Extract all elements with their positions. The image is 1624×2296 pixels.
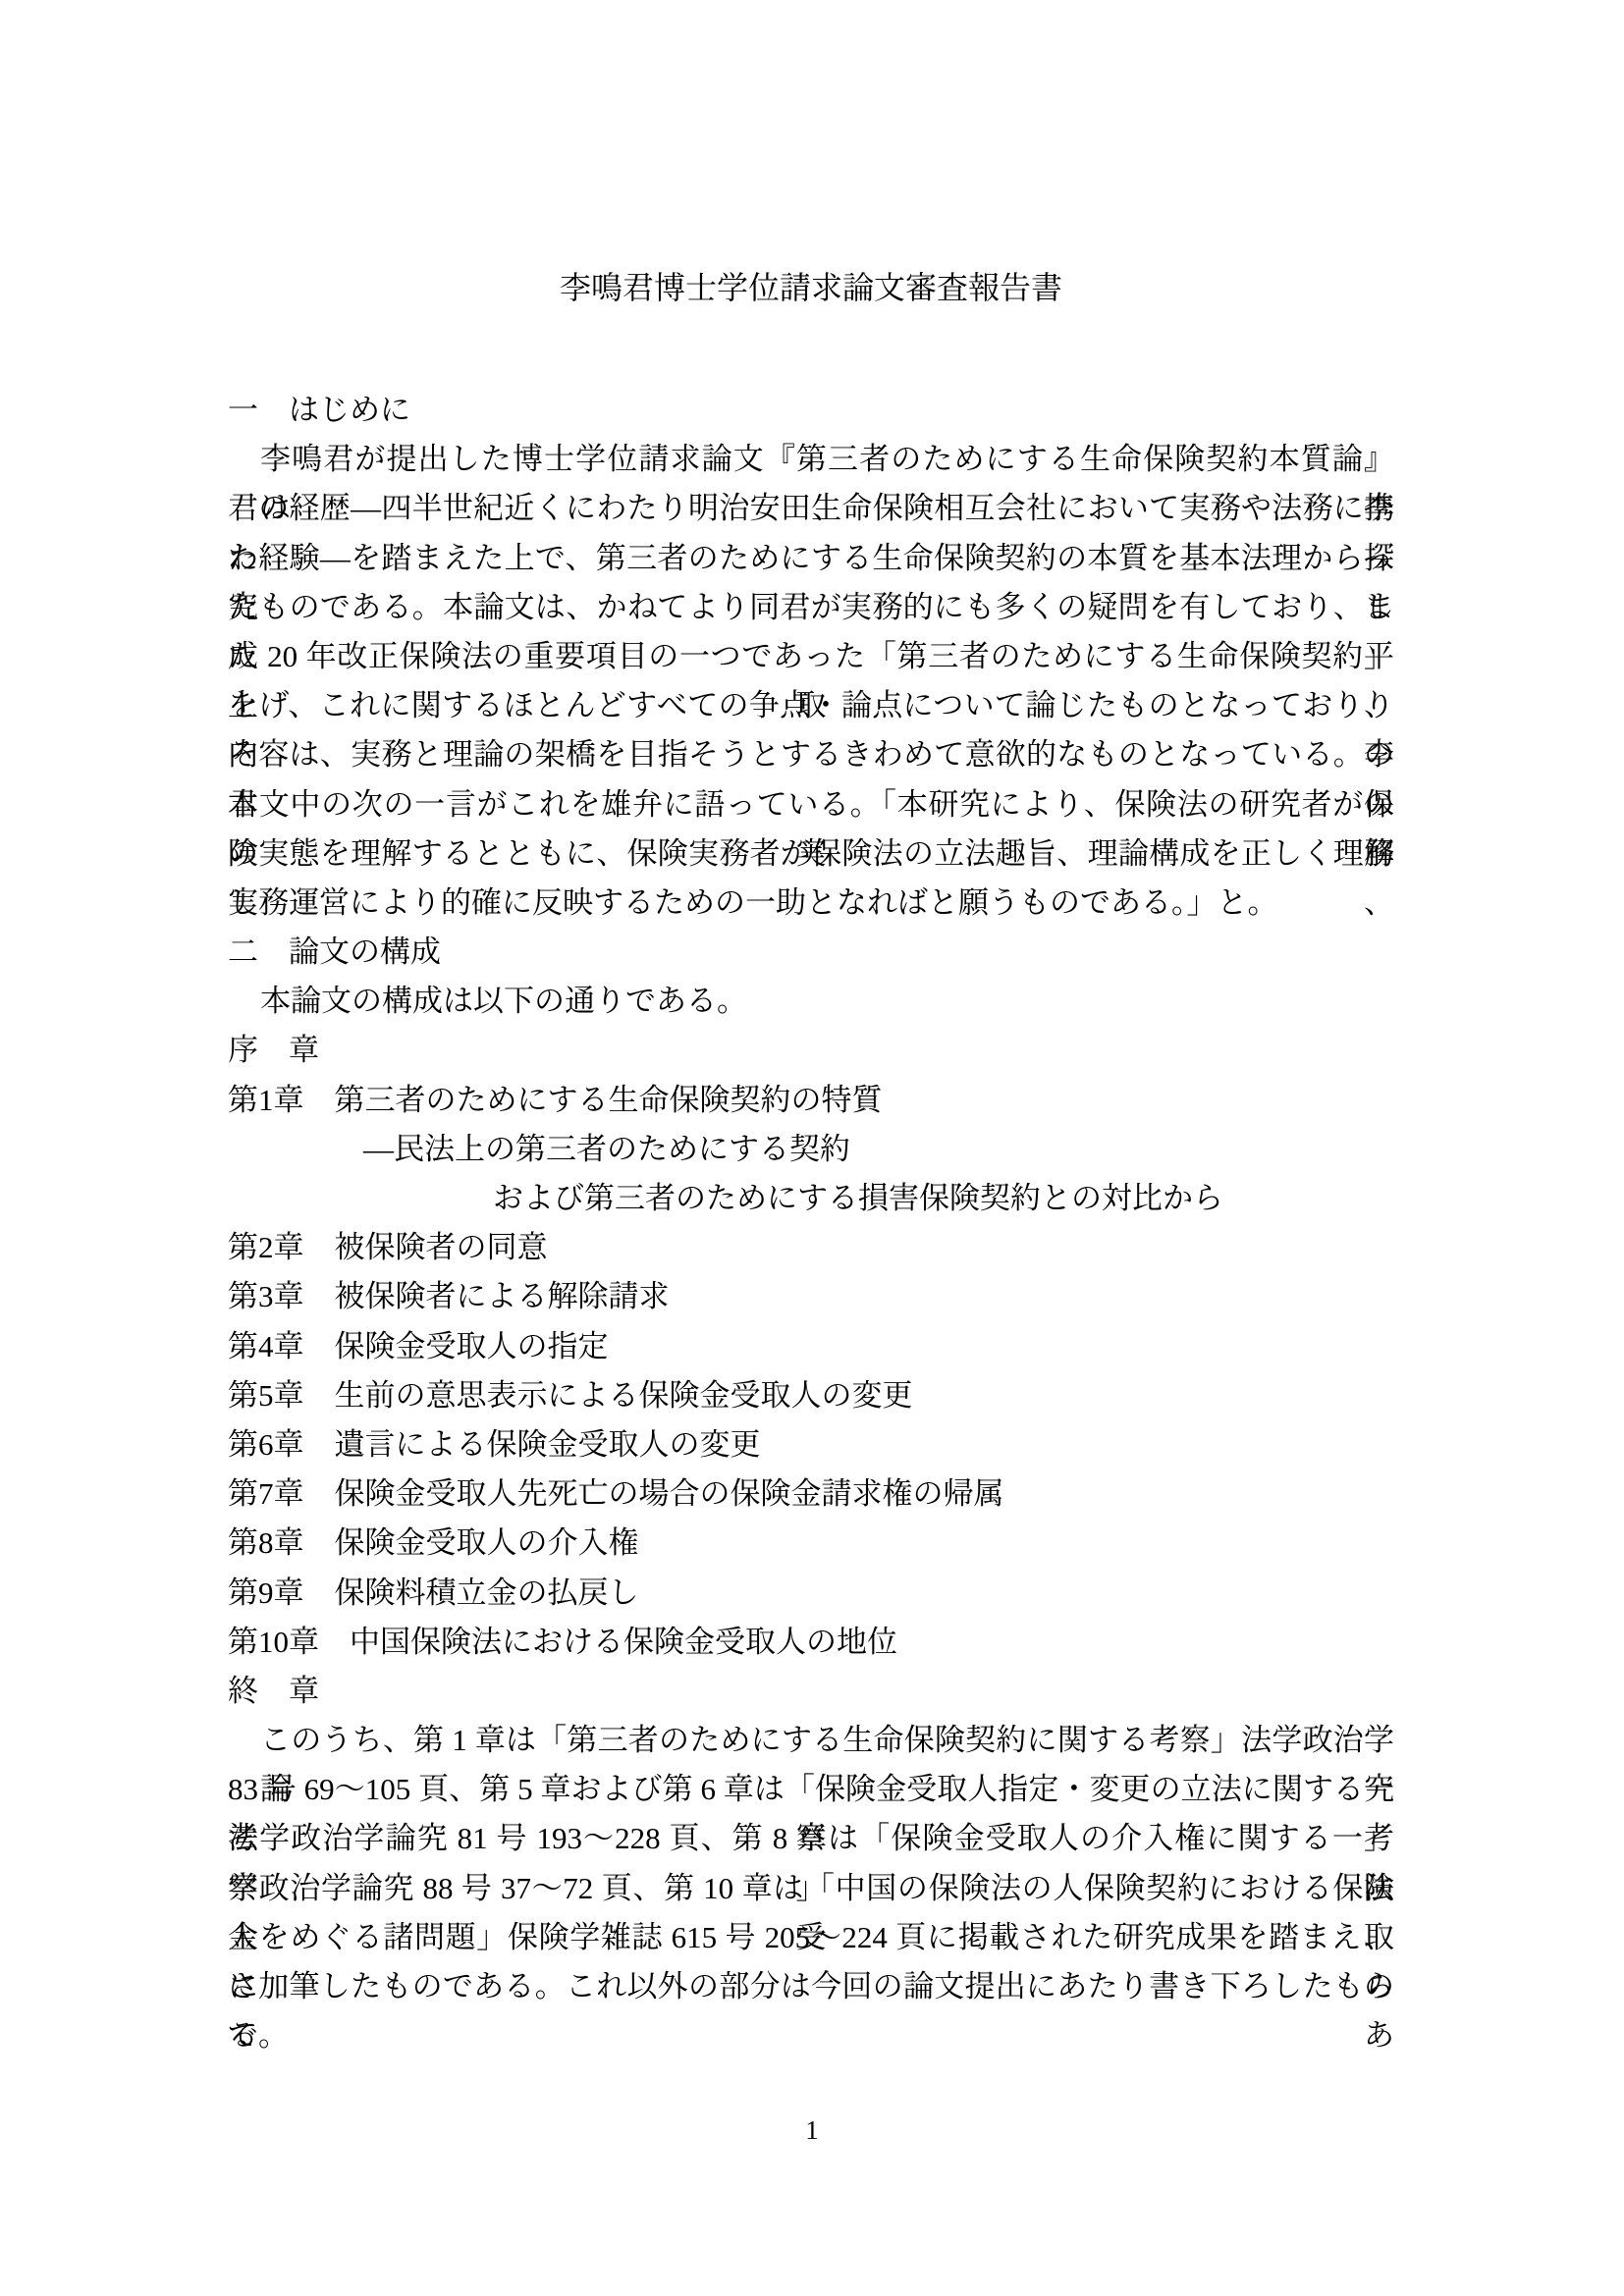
body-text-line: たものである。本論文は、かねてより同君が実務的にも多くの疑問を有しており、また平	[228, 583, 1394, 632]
body-text-line: 法学政治学論究 81 号 193～228 頁、第 8 章は「保険金受取人の介入権…	[228, 1814, 1394, 1863]
body-text-line: このうち、第 1 章は「第三者のためにする生命保険契約に関する考察」法学政治学論…	[228, 1716, 1394, 1765]
title-spacer	[228, 312, 1394, 386]
document-title-text: 李鳴君博士学位請求論文審査報告書	[560, 270, 1062, 305]
toc-line-chapter: 第3章 被保険者による解除請求	[228, 1272, 1394, 1321]
body-text-line: 李鳴君が提出した博士学位請求論文『第三者のためにする生命保険契約本質論』は、李	[228, 435, 1394, 484]
body-text-line: 学政治学論究 88 号 37～72 頁、第 10 章は「中国の保険法の人保険契約…	[228, 1864, 1394, 1913]
toc-line-chapter: 第1章 第三者のためにする生命保険契約の特質	[228, 1076, 1394, 1125]
toc-line-subtitle: ―民法上の第三者のためにする契約	[228, 1125, 1394, 1174]
toc-line-chapter: 第9章 保険料積立金の払戻し	[228, 1569, 1394, 1618]
body-text-line: に加筆したものである。これ以外の部分は今回の論文提出にあたり書き下ろしたものであ	[228, 1962, 1394, 2011]
body-text-line: 人をめぐる諸問題」保険学雑誌 615 号 205～224 頁に掲載された研究成果…	[228, 1913, 1394, 1962]
body-text-line: 成 20 年改正保険法の重要項目の一つであった「第三者のためにする生命保険契約」…	[228, 632, 1394, 681]
toc-line-subtitle: および第三者のためにする損害保険契約との対比から	[228, 1174, 1394, 1223]
toc-line-chapter: 第7章 保険金受取人先死亡の場合の保険金請求権の帰属	[228, 1469, 1394, 1519]
body-text-line: 上げ、これに関するほとんどすべての争点・論点について論じたものとなっており、その	[228, 681, 1394, 730]
body-text-line: 実務運営により的確に反映するための一助となればと願うものである。」と。	[228, 879, 1394, 928]
toc-line-chapter: 第10章 中国保険法における保険金受取人の地位	[228, 1618, 1394, 1667]
toc-line-chapter: 第8章 保険金受取人の介入権	[228, 1519, 1394, 1568]
body-text-line: た経験―を踏まえた上で、第三者のためにする生命保険契約の本質を基本法理から探究し	[228, 534, 1394, 583]
body-text-line: の実態を理解するとともに、保険実務者が保険法の立法趣旨、理論構成を正しく理解し、	[228, 829, 1394, 879]
document-title: 李鳴君博士学位請求論文審査報告書	[228, 263, 1394, 312]
toc-line-chapter: 第6章 遺言による保険金受取人の変更	[228, 1420, 1394, 1469]
document-content: 李鳴君博士学位請求論文審査報告書 一 はじめに 李鳴君が提出した博士学位請求論文…	[228, 263, 1394, 2060]
body-text-line: 君の経歴―四半世紀近くにわたり明治安田生命保険相互会社において実務や法務に携わっ	[228, 484, 1394, 533]
toc-line-epilogue: 終 章	[228, 1667, 1394, 1716]
body-text-line: 83 号 69～105 頁、第 5 章および第 6 章は「保険金受取人指定・変更…	[228, 1765, 1394, 1814]
body-text-line: 内容は、実務と理論の架橋を目指そうとするきわめて意欲的なものとなっている。李君の	[228, 730, 1394, 779]
page-number: 1	[0, 2110, 1624, 2150]
toc-line-chapter: 第4章 保険金受取人の指定	[228, 1322, 1394, 1371]
section-heading-1: 一 はじめに	[228, 386, 1394, 435]
toc-line-chapter: 第5章 生前の意思表示による保険金受取人の変更	[228, 1371, 1394, 1420]
toc-line-prologue: 序 章	[228, 1026, 1394, 1075]
section-heading-2: 二 論文の構成	[228, 928, 1394, 977]
document-page: 李鳴君博士学位請求論文審査報告書 一 はじめに 李鳴君が提出した博士学位請求論文…	[0, 0, 1624, 2296]
body-text-line: 本文中の次の一言がこれを雄弁に語っている。「本研究により、保険法の研究者が保険実…	[228, 780, 1394, 829]
body-text-line: 本論文の構成は以下の通りである。	[228, 977, 1394, 1026]
toc-line-chapter: 第2章 被保険者の同意	[228, 1223, 1394, 1272]
